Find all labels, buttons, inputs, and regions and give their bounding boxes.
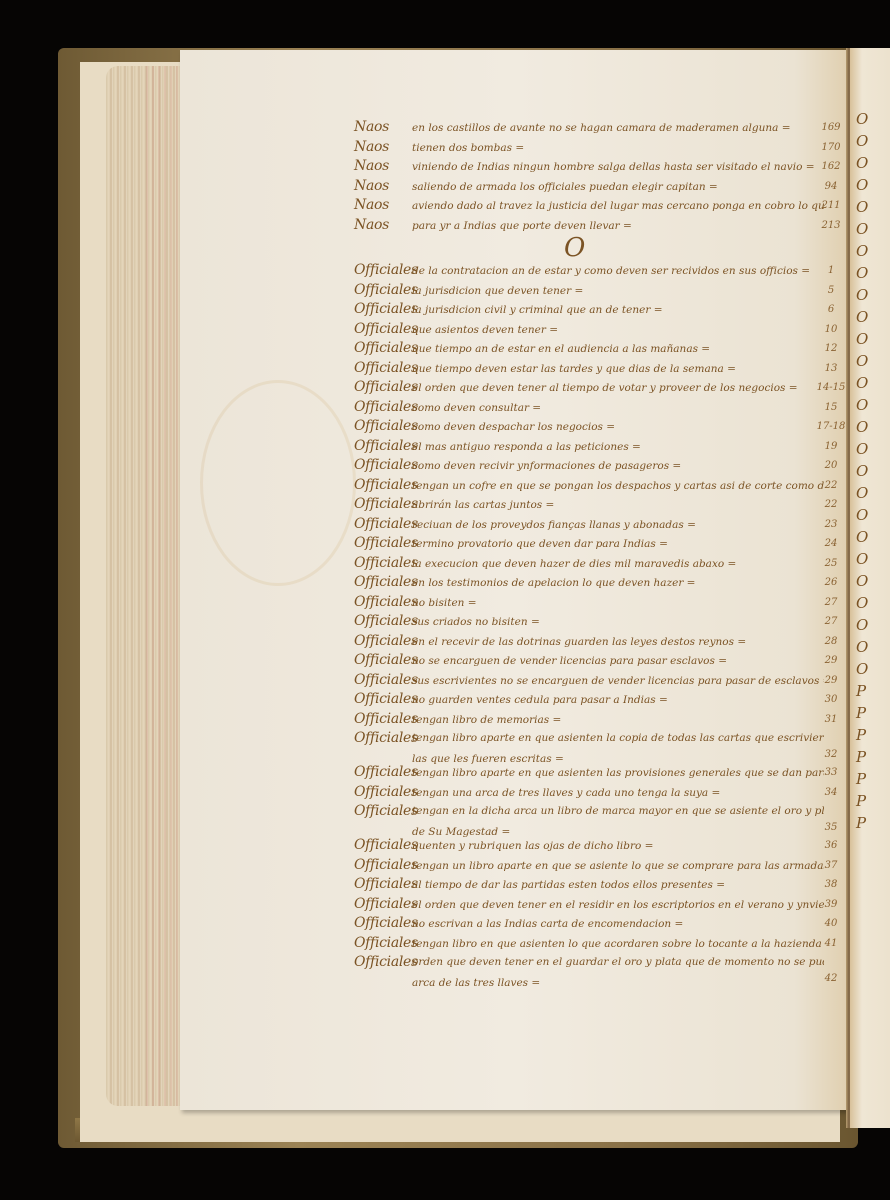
folio-number: 6: [816, 300, 846, 320]
index-entry: Officiales tengan una arca de tres llave…: [354, 783, 824, 803]
index-entry: Officiales tengan libro aparte en que as…: [354, 729, 824, 763]
facing-page-letter: O: [856, 174, 890, 196]
folio-number: 10: [816, 320, 846, 340]
facing-page-letter: O: [856, 504, 890, 526]
entry-heading: Officiales: [354, 710, 412, 730]
facing-page-letter: O: [856, 658, 890, 680]
page-edge-stack: [106, 66, 186, 1106]
entry-heading: Officiales: [354, 934, 412, 954]
entry-text: en los testimonios de apelacion lo que d…: [412, 574, 824, 594]
entry-text: quenten y rubriquen las ojas de dicho li…: [412, 837, 824, 857]
facing-page-letter: O: [856, 416, 890, 438]
entry-heading: Officiales: [354, 515, 412, 535]
entry-text: tengan un libro aparte en que se asiente…: [412, 857, 824, 877]
entry-text: sus criados no bisiten =: [412, 613, 824, 633]
entry-heading: Officiales: [354, 671, 412, 691]
entry-heading: Naos: [354, 157, 412, 177]
facing-page-letter: P: [856, 702, 890, 724]
entry-heading: Officiales: [354, 763, 412, 783]
entry-heading: Officiales: [354, 476, 412, 496]
entry-text: al tiempo de dar las partidas esten todo…: [412, 876, 824, 896]
facing-page-letter: O: [856, 438, 890, 460]
naos-section: Naos en los castillos de avante no se ha…: [354, 118, 824, 235]
entry-text: no se encarguen de vender licencias para…: [412, 652, 824, 672]
entry-heading: Officiales: [354, 456, 412, 476]
facing-page-letter: O: [856, 306, 890, 328]
index-entry: Naos en los castillos de avante no se ha…: [354, 118, 824, 138]
folio-number: 22: [816, 476, 846, 496]
entry-heading: Officiales: [354, 690, 412, 710]
facing-page-letter: O: [856, 108, 890, 130]
folio-number: 42: [816, 969, 846, 989]
facing-page-letter: O: [856, 548, 890, 570]
folio-number: 29: [816, 671, 846, 691]
index-entry: Officiales no se encarguen de vender lic…: [354, 651, 824, 671]
entry-text: que tiempo an de estar en el audiencia a…: [412, 340, 824, 360]
folio-number: 39: [816, 895, 846, 915]
water-stain: [200, 380, 356, 586]
folio-number: 5: [816, 281, 846, 301]
entry-text: en el recevir de las dotrinas guarden la…: [412, 633, 824, 653]
facing-page-letter: O: [856, 152, 890, 174]
entry-text: tienen dos bombas =: [412, 139, 824, 159]
index-entry: Officiales que tiempo deven estar las ta…: [354, 359, 824, 379]
facing-page-letters: OOOOOOOOOOOOOOOOOOOOOOOOOOPPPPPPP: [856, 108, 890, 834]
index-entry: Naos saliendo de armada los officiales p…: [354, 177, 824, 197]
index-entry: Officiales el mas antiguo responda a las…: [354, 437, 824, 457]
entry-heading: Officiales: [354, 632, 412, 652]
index-entry: Officiales abrirán las cartas juntos = 2…: [354, 495, 824, 515]
folio-number: 28: [816, 632, 846, 652]
facing-page: OOOOOOOOOOOOOOOOOOOOOOOOOOPPPPPPP: [850, 48, 890, 1128]
folio-number: 34: [816, 783, 846, 803]
entry-heading: Naos: [354, 216, 412, 236]
folio-number: 15: [816, 398, 846, 418]
entry-text: el orden que deven tener al tiempo de vo…: [412, 379, 824, 399]
entry-heading: Officiales: [354, 437, 412, 457]
facing-page-letter: O: [856, 526, 890, 548]
folio-number: 40: [816, 914, 846, 934]
entry-text: viniendo de Indias ningun hombre salga d…: [412, 158, 824, 178]
entry-text: en los castillos de avante no se hagan c…: [412, 119, 824, 139]
entry-heading: Officiales: [354, 875, 412, 895]
entry-text: como deven recivir ynformaciones de pasa…: [412, 457, 824, 477]
index-entry: Naos aviendo dado al travez la justicia …: [354, 196, 824, 216]
entry-heading: Officiales: [354, 281, 412, 301]
index-entry: Officiales no bisiten = 27: [354, 593, 824, 613]
facing-page-letter: O: [856, 240, 890, 262]
folio-number: 41: [816, 934, 846, 954]
entry-heading: Naos: [354, 118, 412, 138]
folio-number: 29: [816, 651, 846, 671]
facing-page-letter: O: [856, 394, 890, 416]
index-list: Naos en los castillos de avante no se ha…: [354, 118, 824, 987]
entry-text: la jurisdicion que deven tener =: [412, 282, 824, 302]
entry-heading: Officiales: [354, 300, 412, 320]
folio-number: 94: [816, 177, 846, 197]
entry-text: tengan un cofre en que se pongan los des…: [412, 477, 824, 497]
folio-number: 30: [816, 690, 846, 710]
folio-number: 13: [816, 359, 846, 379]
folio-number: 36: [816, 836, 846, 856]
folio-number: 24: [816, 534, 846, 554]
folio-number: 1: [816, 261, 846, 281]
facing-page-letter: O: [856, 284, 890, 306]
index-entry: Officiales sus escrivientes no se encarg…: [354, 671, 824, 691]
index-entry: Officiales tengan libro aparte en que as…: [354, 763, 824, 783]
facing-page-letter: O: [856, 130, 890, 152]
index-entry: Naos para yr a Indias que porte deven ll…: [354, 216, 824, 236]
entry-heading: Officiales: [354, 495, 412, 515]
index-entry: Officiales tengan en la dicha arca un li…: [354, 802, 824, 836]
index-entry: Officiales el orden que deven tener en e…: [354, 895, 824, 915]
entry-heading: Officiales: [354, 593, 412, 613]
entry-heading: Officiales: [354, 417, 412, 437]
index-entry: Officiales quenten y rubriquen las ojas …: [354, 836, 824, 856]
entry-text: la execucion que deven hazer de dies mil…: [412, 555, 824, 575]
folio-number: 27: [816, 612, 846, 632]
entry-heading: Officiales: [354, 339, 412, 359]
entry-text: aviendo dado al travez la justicia del l…: [412, 197, 824, 217]
entry-text: tengan libro en que asienten lo que acor…: [412, 935, 824, 955]
folio-number: 27: [816, 593, 846, 613]
entry-heading: Officiales: [354, 783, 412, 803]
index-entry: Officiales tengan un libro aparte en que…: [354, 856, 824, 876]
folio-number: 32: [816, 745, 846, 765]
entry-heading: Officiales: [354, 856, 412, 876]
entry-text: que asientos deven tener =: [412, 321, 824, 341]
folio-number: 20: [816, 456, 846, 476]
entry-heading: Naos: [354, 177, 412, 197]
facing-page-letter: O: [856, 592, 890, 614]
entry-heading: Officiales: [354, 554, 412, 574]
facing-page-letter: O: [856, 482, 890, 504]
facing-page-letter: O: [856, 460, 890, 482]
entry-text: no escrivan a las Indias carta de encome…: [412, 915, 824, 935]
facing-page-letter: O: [856, 262, 890, 284]
index-entry: Officiales en el recevir de las dotrinas…: [354, 632, 824, 652]
facing-page-letter: O: [856, 328, 890, 350]
folio-number: 162: [816, 157, 846, 177]
entry-text: el mas antiguo responda a las peticiones…: [412, 438, 824, 458]
index-entry: Officiales tengan libro de memorias = 31: [354, 710, 824, 730]
index-entry: Officiales como deven recivir ynformacio…: [354, 456, 824, 476]
folio-number: 26: [816, 573, 846, 593]
folio-number: 169: [816, 118, 846, 138]
entry-heading: Naos: [354, 138, 412, 158]
index-entry: Officiales al tiempo de dar las partidas…: [354, 875, 824, 895]
index-entry: Officiales sus criados no bisiten = 27: [354, 612, 824, 632]
folio-number: 211: [816, 196, 846, 216]
index-entry: Naos tienen dos bombas = 170: [354, 138, 824, 158]
entry-text: termino provatorio que deven dar para In…: [412, 535, 824, 555]
entry-heading: Officiales: [354, 261, 412, 281]
entry-heading: Officiales: [354, 802, 412, 822]
entry-heading: Naos: [354, 196, 412, 216]
facing-page-letter: O: [856, 372, 890, 394]
entry-heading: Officiales: [354, 534, 412, 554]
entry-heading: Officiales: [354, 895, 412, 915]
entry-text: abrirán las cartas juntos =: [412, 496, 824, 516]
folio-number: 14-15: [816, 378, 846, 398]
facing-page-letter: O: [856, 196, 890, 218]
folio-number: 25: [816, 554, 846, 574]
entry-heading: Officiales: [354, 320, 412, 340]
facing-page-letter: O: [856, 218, 890, 240]
folio-number: 38: [816, 875, 846, 895]
section-letter-o: O: [354, 235, 824, 261]
facing-page-letter: P: [856, 768, 890, 790]
entry-heading: Officiales: [354, 914, 412, 934]
facing-page-letter: O: [856, 570, 890, 592]
folio-number: 22: [816, 495, 846, 515]
entry-continuation: arca de las tres llaves =: [412, 974, 824, 994]
entry-heading: Officiales: [354, 729, 412, 749]
folio-number: 170: [816, 138, 846, 158]
entry-text: el orden que deven tener en el residir e…: [412, 896, 824, 916]
entry-text: sus escrivientes no se encarguen de vend…: [412, 672, 824, 692]
index-entry: Officiales tengan libro en que asienten …: [354, 934, 824, 954]
entry-heading: Officiales: [354, 953, 412, 973]
entry-text: la jurisdicion civil y criminal que an d…: [412, 301, 824, 321]
index-entry: Officiales reciuan de los proveydos fian…: [354, 515, 824, 535]
entry-text: como deven despachar los negocios =: [412, 418, 824, 438]
index-entry: Officiales de la contratacion an de esta…: [354, 261, 824, 281]
facing-page-letter: P: [856, 812, 890, 834]
folio-number: 19: [816, 437, 846, 457]
folio-number: 17-18: [816, 417, 846, 437]
index-entry: Officiales que tiempo an de estar en el …: [354, 339, 824, 359]
index-entry: Officiales en los testimonios de apelaci…: [354, 573, 824, 593]
entry-text: tengan libro de memorias =: [412, 711, 824, 731]
folio-number: 33: [816, 763, 846, 783]
facing-page-letter: O: [856, 614, 890, 636]
entry-heading: Officiales: [354, 612, 412, 632]
index-entry: Officiales no escrivan a las Indias cart…: [354, 914, 824, 934]
entry-text: reciuan de los proveydos fianças llanas …: [412, 516, 824, 536]
index-entry: Officiales como deven consultar = 15: [354, 398, 824, 418]
facing-page-letter: O: [856, 636, 890, 658]
index-entry: Officiales que asientos deven tener = 10: [354, 320, 824, 340]
entry-text: saliendo de armada los officiales puedan…: [412, 178, 824, 198]
entry-text: orden que deven tener en el guardar el o…: [412, 953, 824, 993]
folio-number: 12: [816, 339, 846, 359]
index-entry: Officiales la jurisdicion civil y crimin…: [354, 300, 824, 320]
entry-heading: Officiales: [354, 398, 412, 418]
index-entry: Officiales como deven despachar los nego…: [354, 417, 824, 437]
entry-text: tengan libro aparte en que asienten las …: [412, 764, 824, 784]
facing-page-letter: O: [856, 350, 890, 372]
entry-text: de la contratacion an de estar y como de…: [412, 262, 824, 282]
entry-heading: Officiales: [354, 836, 412, 856]
index-entry: Officiales la jurisdicion que deven tene…: [354, 281, 824, 301]
folio-number: 35: [816, 818, 846, 838]
index-entry: Naos viniendo de Indias ningun hombre sa…: [354, 157, 824, 177]
entry-text: que tiempo deven estar las tardes y que …: [412, 360, 824, 380]
folio-number: 31: [816, 710, 846, 730]
entry-text: no guarden ventes cedula para pasar a In…: [412, 691, 824, 711]
entry-heading: Officiales: [354, 378, 412, 398]
folio-number: 37: [816, 856, 846, 876]
entry-text: tengan una arca de tres llaves y cada un…: [412, 784, 824, 804]
entry-heading: Officiales: [354, 651, 412, 671]
facing-page-letter: P: [856, 680, 890, 702]
facing-page-letter: P: [856, 746, 890, 768]
entry-text: no bisiten =: [412, 594, 824, 614]
facing-page-letter: P: [856, 724, 890, 746]
index-entry: Officiales termino provatorio que deven …: [354, 534, 824, 554]
index-entry: Officiales no guarden ventes cedula para…: [354, 690, 824, 710]
index-entry: Officiales orden que deven tener en el g…: [354, 953, 824, 987]
entry-text: para yr a Indias que porte deven llevar …: [412, 217, 824, 237]
facing-page-letter: P: [856, 790, 890, 812]
folio-number: 213: [816, 216, 846, 236]
index-entry: Officiales la execucion que deven hazer …: [354, 554, 824, 574]
index-entry: Officiales el orden que deven tener al t…: [354, 378, 824, 398]
officiales-section: Officiales de la contratacion an de esta…: [354, 261, 824, 987]
entry-heading: Officiales: [354, 359, 412, 379]
entry-text: como deven consultar =: [412, 399, 824, 419]
entry-heading: Officiales: [354, 573, 412, 593]
index-entry: Officiales tengan un cofre en que se pon…: [354, 476, 824, 496]
folio-number: 23: [816, 515, 846, 535]
